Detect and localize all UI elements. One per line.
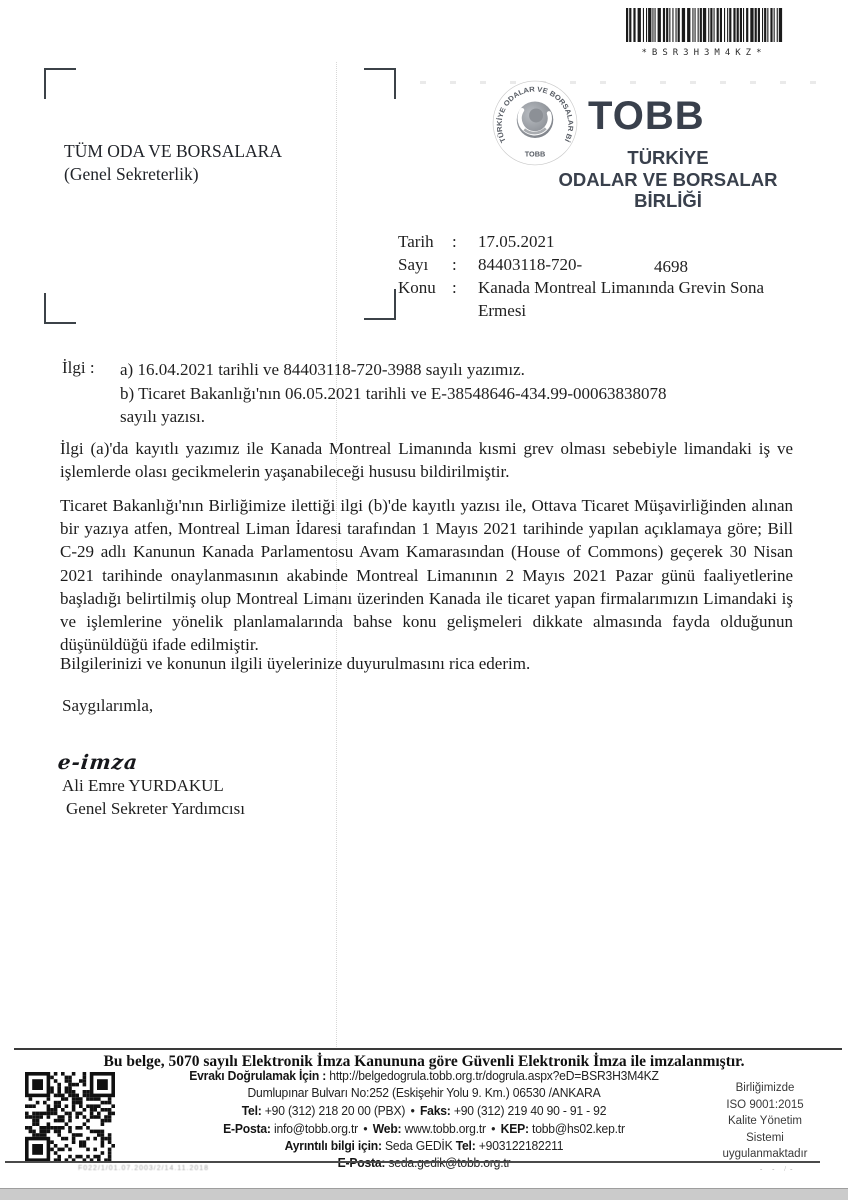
kep-value: tobb@hs02.kep.tr <box>532 1122 625 1136</box>
info-label: Ayrıntılı bilgi için: <box>285 1139 382 1153</box>
crop-mark-top-right <box>364 68 396 99</box>
meta-block: Tarih:17.05.2021 Sayı:84403118-720- 4698… <box>398 230 764 322</box>
web-label: Web: <box>373 1122 402 1136</box>
scan-edge-band <box>0 1188 848 1200</box>
eposta2-value: seda.gedik@tobb.org.tr <box>388 1156 510 1170</box>
sayi-number: 4698 <box>654 255 688 278</box>
meta-row-sayi: Sayı:84403118-720- 4698 <box>398 253 764 276</box>
qr-code <box>25 1072 115 1162</box>
crop-mark-top-left <box>44 68 76 99</box>
recipient-block: TÜM ODA VE BORSALARA (Genel Sekreterlik) <box>64 140 282 186</box>
verify-url: http://belgedogrula.tobb.org.tr/dogrula.… <box>329 1069 658 1083</box>
colon: : <box>452 253 478 276</box>
konu-value-line2: Ermesi <box>478 299 764 322</box>
ilgi-item-b-continued: sayılı yazısı. <box>120 405 800 429</box>
info-tel-label: Tel: <box>456 1139 476 1153</box>
barcode-image <box>624 8 784 42</box>
recipient-line1: TÜM ODA VE BORSALARA <box>64 140 282 163</box>
brand-title: TOBB <box>588 94 705 139</box>
paragraph-3: Bilgilerinizi ve konunun ilgili üyelerin… <box>60 652 793 675</box>
scan-marks-artifact: - - /- <box>760 1165 796 1173</box>
web-value: www.tobb.org.tr <box>405 1122 486 1136</box>
colon: : <box>452 230 478 253</box>
email-web-line: E-Posta: info@tobb.org.tr ● Web: www.tob… <box>104 1120 744 1138</box>
iso-line2: ISO 9001:2015 <box>690 1097 840 1114</box>
bullet-icon: ● <box>408 1106 416 1115</box>
tarih-label: Tarih <box>398 230 452 253</box>
faks-value: +90 (312) 219 40 90 - 91 - 92 <box>454 1104 606 1118</box>
footer-contact-block: Evrakı Doğrulamak İçin : http://belgedog… <box>104 1068 744 1172</box>
konu-label: Konu <box>398 276 452 299</box>
kep-label: KEP: <box>501 1122 529 1136</box>
faks-label: Faks: <box>420 1104 451 1118</box>
meta-row-tarih: Tarih:17.05.2021 <box>398 230 764 253</box>
eposta-value: info@tobb.org.tr <box>274 1122 358 1136</box>
paragraph-2: Ticaret Bakanlığı'nın Birliğimize iletti… <box>60 494 793 656</box>
recipient-line2: (Genel Sekreterlik) <box>64 163 282 186</box>
ilgi-item-b: b) Ticaret Bakanlığı'nın 06.05.2021 tari… <box>120 382 800 406</box>
ilgi-list: a) 16.04.2021 tarihli ve 84403118-720-39… <box>120 358 800 429</box>
paragraph-1: İlgi (a)'da kayıtlı yazımız ile Kanada M… <box>60 437 793 483</box>
scanned-letter-page: *BSR3H3M4KZ* TÜM ODA VE BORSALARA (Genel… <box>0 0 848 1200</box>
sayi-label: Sayı <box>398 253 452 276</box>
eposta-label: E-Posta: <box>223 1122 271 1136</box>
iso-certification-block: Birliğimizde ISO 9001:2015 Kalite Yöneti… <box>690 1080 840 1163</box>
info-name: Seda GEDİK <box>385 1139 452 1153</box>
colon: : <box>452 276 478 299</box>
org-name-block: TÜRKİYE ODALAR VE BORSALAR BİRLİĞİ <box>540 147 796 212</box>
salutation: Saygılarımla, <box>62 696 153 716</box>
iso-line3: Kalite Yönetim <box>690 1113 840 1130</box>
signer-title: Genel Sekreter Yardımcısı <box>66 799 245 819</box>
signer-name: Ali Emre YURDAKUL <box>62 776 224 796</box>
eposta2-label: E-Posta: <box>338 1156 386 1170</box>
tarih-value: 17.05.2021 <box>478 232 555 251</box>
verify-line: Evrakı Doğrulamak İçin : http://belgedog… <box>104 1068 744 1085</box>
org-name-line2: ODALAR VE BORSALAR <box>540 169 796 191</box>
form-code: F022/1/01.07.2003/2/14.11.2018 <box>78 1165 209 1172</box>
document-barcode: *BSR3H3M4KZ* <box>622 8 786 58</box>
konu-value-line1: Kanada Montreal Limanında Grevin Sona <box>478 278 764 297</box>
org-name-line3: BİRLİĞİ <box>540 190 796 212</box>
footer-bottom-rule <box>5 1161 820 1163</box>
footer-top-rule <box>14 1048 842 1050</box>
org-name-line1: TÜRKİYE <box>540 147 796 169</box>
contact-person-line: Ayrıntılı bilgi için: Seda GEDİK Tel: +9… <box>104 1138 744 1155</box>
scan-dots-artifact <box>420 81 840 84</box>
barcode-text: *BSR3H3M4KZ* <box>622 48 786 58</box>
tel-label: Tel: <box>242 1104 262 1118</box>
crop-mark-bottom-right <box>364 289 396 320</box>
info-tel-value: +903122182211 <box>479 1139 564 1153</box>
bullet-icon: ● <box>361 1124 369 1133</box>
phone-line: Tel: +90 (312) 218 20 00 (PBX) ● Faks: +… <box>104 1102 744 1120</box>
sayi-value: 84403118-720- <box>478 255 582 274</box>
meta-row-konu: Konu:Kanada Montreal Limanında Grevin So… <box>398 276 764 299</box>
address-line: Dumlupınar Bulvarı No:252 (Eskişehir Yol… <box>104 1085 744 1102</box>
iso-line4: Sistemi <box>690 1130 840 1147</box>
crop-mark-bottom-left <box>44 293 76 324</box>
ilgi-item-a: a) 16.04.2021 tarihli ve 84403118-720-39… <box>120 358 800 382</box>
ilgi-label: İlgi : <box>62 358 95 378</box>
bullet-icon: ● <box>489 1124 497 1133</box>
e-signature-mark: e-imza <box>57 750 140 774</box>
verify-label: Evrakı Doğrulamak İçin : <box>189 1069 326 1083</box>
iso-line1: Birliğimizde <box>690 1080 840 1097</box>
tel-value: +90 (312) 218 20 00 (PBX) <box>265 1104 405 1118</box>
